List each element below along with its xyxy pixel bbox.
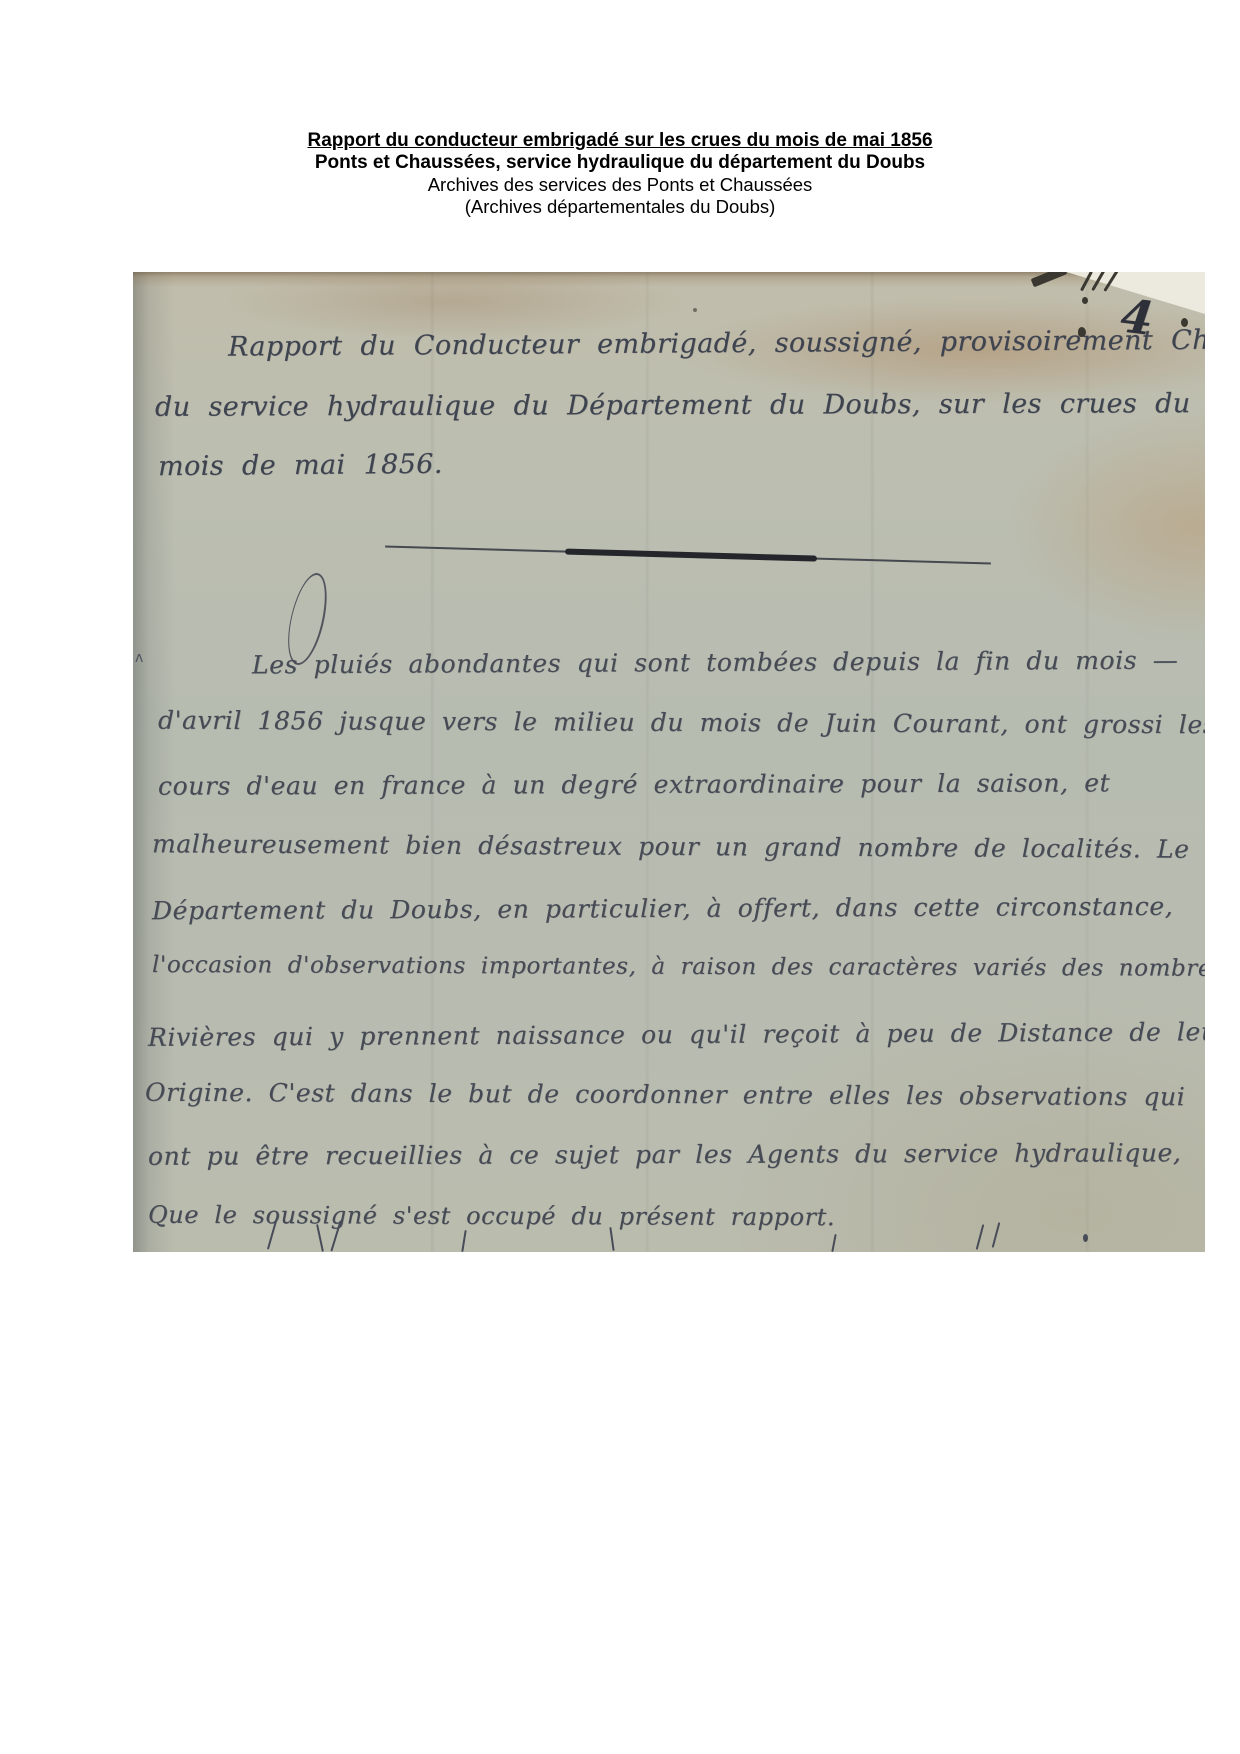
manuscript-heading-line: du service hydraulique du Département du… xyxy=(155,388,1191,423)
manuscript-body-line: Que le soussigné s'est occupé du présent… xyxy=(148,1201,835,1231)
caption-archive: (Archives départementales du Doubs) xyxy=(0,196,1240,218)
manuscript-body-line: Département du Doubs, en particulier, à … xyxy=(152,892,1173,925)
manuscript-heading-line: mois de mai 1856. xyxy=(158,449,443,482)
manuscript-body-line: cours d'eau en france à un degré extraor… xyxy=(158,768,1110,800)
caption-title: Rapport du conducteur embrigadé sur les … xyxy=(0,130,1240,152)
ink-blot xyxy=(1082,297,1088,304)
document-page: Rapport du conducteur embrigadé sur les … xyxy=(0,0,1240,1754)
cutoff-stroke xyxy=(1083,1234,1088,1242)
manuscript-body-line: l'occasion d'observations importantes, à… xyxy=(152,952,1205,982)
manuscript-body-line: Les pluiés abondantes qui sont tombées d… xyxy=(252,646,1178,680)
manuscript-body-line: Origine. C'est dans le but de coordonner… xyxy=(145,1078,1185,1112)
caption-block: Rapport du conducteur embrigadé sur les … xyxy=(0,130,1240,218)
margin-caret-mark: ʌ xyxy=(135,650,143,666)
caption-subtitle: Ponts et Chaussées, service hydraulique … xyxy=(0,152,1240,174)
manuscript-body-line: Rivières qui y prennent naissance ou qu'… xyxy=(148,1017,1205,1052)
manuscript-body-line: malheureusement bien désastreux pour un … xyxy=(152,829,1190,863)
paper-speck xyxy=(693,308,697,312)
manuscript-body-line: d'avril 1856 jusque vers le milieu du mo… xyxy=(158,706,1205,740)
caption-source: Archives des services des Ponts et Chaus… xyxy=(0,174,1240,196)
manuscript-body-line: ont pu être recueillies à ce sujet par l… xyxy=(148,1138,1182,1171)
manuscript-scan-image: 4 Rapport du Conducteur embrigadé, souss… xyxy=(133,272,1205,1252)
